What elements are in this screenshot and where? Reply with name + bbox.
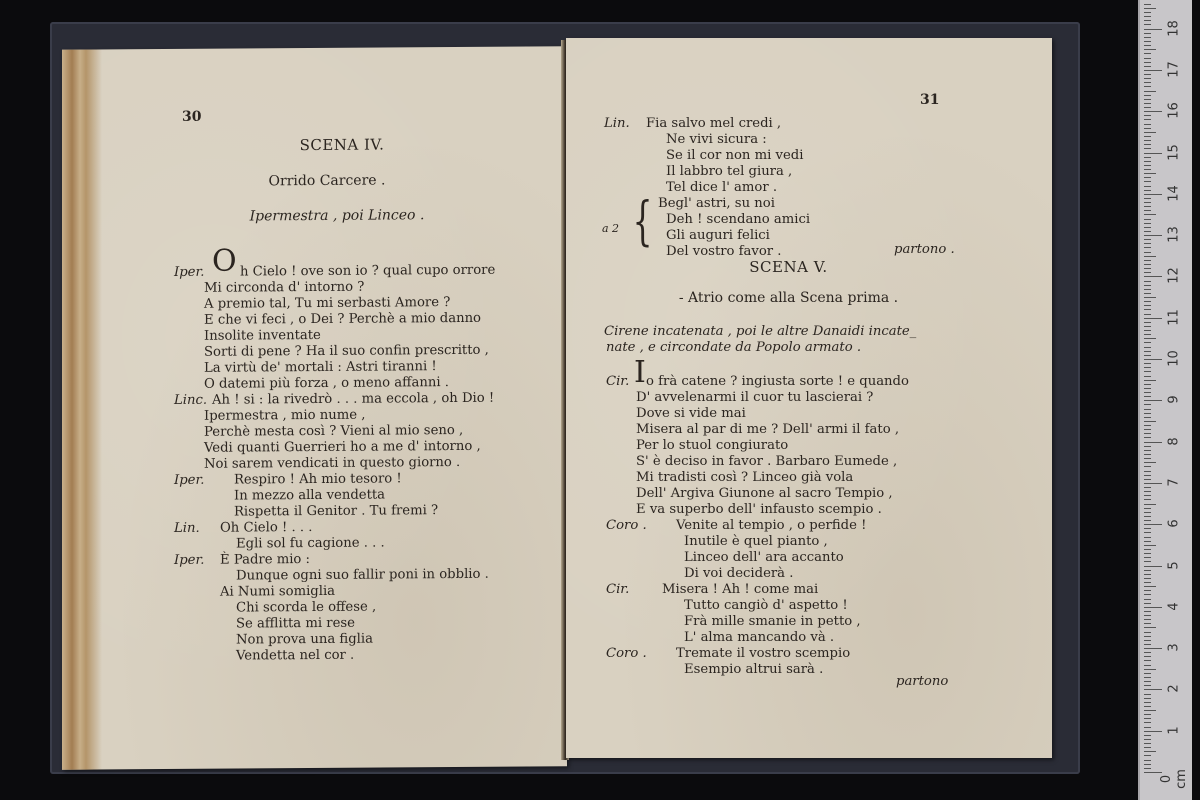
speaker-label: Iper. <box>174 473 205 488</box>
verse-line: Egli sol fu cagione . . . <box>236 536 385 553</box>
verse-line: h Cielo ! ove son io ? qual cupo orrore <box>240 263 495 281</box>
ruler-label: 0 cm <box>1159 767 1189 791</box>
ruler-tick <box>1144 516 1151 517</box>
verse-line: Oh Cielo ! . . . <box>220 520 312 537</box>
ruler-label: 5 <box>1167 553 1182 577</box>
ruler-tick <box>1144 235 1162 236</box>
verse-line: Ne vivi sicura : <box>666 132 767 148</box>
ruler-tick <box>1144 153 1162 154</box>
ruler-tick <box>1144 41 1151 42</box>
ruler-tick <box>1144 590 1151 591</box>
ruler-tick <box>1144 582 1151 583</box>
ruler-tick <box>1144 520 1151 521</box>
verse-line: Misera ! Ah ! come mai <box>662 582 818 598</box>
ruler-tick <box>1144 475 1151 476</box>
ruler-tick <box>1144 37 1151 38</box>
verse-line: In mezzo alla vendetta <box>234 488 385 505</box>
measurement-ruler: 0 cm123456789101112131415161718 <box>1138 0 1192 800</box>
verse-line: Linceo dell' ara accanto <box>684 550 844 566</box>
verse-line: La virtù de' mortali : Astri tiranni ! <box>204 359 437 377</box>
ruler-tick <box>1144 355 1151 356</box>
left-page: 30 SCENA IV. Orrido Carcere . Ipermestra… <box>62 46 567 770</box>
ruler-tick <box>1144 247 1151 248</box>
ruler-tick <box>1144 706 1151 707</box>
ruler-tick <box>1144 206 1151 207</box>
ruler-tick <box>1144 764 1151 765</box>
ruler-tick <box>1144 107 1151 108</box>
ruler-tick <box>1144 442 1162 443</box>
verse-line: L' alma mancando và . <box>684 630 834 646</box>
ruler-tick <box>1144 702 1151 703</box>
ruler-tick <box>1144 718 1151 719</box>
ruler-tick <box>1144 627 1156 628</box>
ruler-tick <box>1144 305 1151 306</box>
ruler-tick <box>1144 607 1162 608</box>
scene-setting-v: - Atrio come alla Scena prima . <box>566 290 1011 306</box>
ruler-tick <box>1144 301 1151 302</box>
ruler-tick <box>1144 611 1151 612</box>
ruler-tick <box>1144 421 1156 422</box>
ruler-label: 10 <box>1167 347 1182 371</box>
ruler-tick <box>1144 243 1151 244</box>
ruler-tick <box>1144 772 1162 773</box>
ruler-tick <box>1144 578 1151 579</box>
ruler-tick <box>1144 636 1151 637</box>
ruler-tick <box>1144 541 1151 542</box>
ruler-tick <box>1144 652 1151 653</box>
speaker-label: Coro . <box>606 646 647 661</box>
exit-direction: partono . <box>894 242 955 257</box>
verse-line: Non prova una figlia <box>236 632 373 649</box>
ruler-tick <box>1144 33 1151 34</box>
ruler-tick <box>1144 437 1151 438</box>
ruler-tick <box>1144 755 1151 756</box>
ruler-tick <box>1144 561 1151 562</box>
ruler-label: 15 <box>1167 140 1182 164</box>
ruler-tick <box>1144 698 1151 699</box>
ruler-tick <box>1144 53 1151 54</box>
ruler-tick <box>1144 388 1151 389</box>
ruler-tick <box>1144 549 1151 550</box>
ruler-label: 1 <box>1167 718 1182 742</box>
verse-line: Ah ! si : la rivedrò . . . ma eccola , o… <box>212 391 494 409</box>
verse-line: Venite al tempio , o perfide ! <box>676 518 866 534</box>
ruler-tick <box>1144 495 1151 496</box>
ruler-tick <box>1144 479 1151 480</box>
verse-line: Vendetta nel cor . <box>236 648 354 665</box>
ruler-label: 18 <box>1167 16 1182 40</box>
verse-line: È Padre mio : <box>220 552 310 569</box>
ruler-label: 6 <box>1167 512 1182 536</box>
ruler-tick <box>1144 297 1156 298</box>
verse-line: D' avvelenarmi il cuor tu lascierai ? <box>636 390 873 406</box>
ruler-tick <box>1144 289 1151 290</box>
ruler-tick <box>1144 409 1151 410</box>
ruler-tick <box>1144 685 1151 686</box>
ruler-tick <box>1144 644 1151 645</box>
verse-line: Chi scorda le offese , <box>236 600 376 617</box>
ruler-tick <box>1144 177 1151 178</box>
ruler-tick <box>1144 202 1151 203</box>
ruler-tick <box>1144 532 1151 533</box>
verse-line: Insolite inventate <box>204 328 321 345</box>
ruler-tick <box>1144 574 1151 575</box>
verse-line: Ai Numi somiglia <box>220 584 335 601</box>
ruler-tick <box>1144 512 1151 513</box>
verse-line: A premio tal, Tu mi serbasti Amore ? <box>204 295 450 313</box>
ruler-tick <box>1144 8 1156 9</box>
ruler-tick <box>1144 673 1151 674</box>
verse-line: Il labbro tel giura , <box>666 164 792 180</box>
ruler-label: 11 <box>1167 305 1182 329</box>
ruler-tick <box>1144 342 1151 343</box>
ruler-tick <box>1144 309 1151 310</box>
ruler-tick <box>1144 694 1151 695</box>
ruler-tick <box>1144 91 1156 92</box>
ruler-tick <box>1144 392 1151 393</box>
ruler-tick <box>1144 148 1151 149</box>
ruler-tick <box>1144 566 1162 567</box>
ruler-tick <box>1144 24 1151 25</box>
ruler-tick <box>1144 132 1156 133</box>
ruler-tick <box>1144 689 1162 690</box>
ruler-tick <box>1144 190 1151 191</box>
ruler-tick <box>1144 417 1151 418</box>
ruler-tick <box>1144 710 1156 711</box>
ruler-tick <box>1144 347 1151 348</box>
verse-line: Dove si vide mai <box>636 406 746 422</box>
verse-line: Tremate il vostro scempio <box>676 646 850 662</box>
ruler-tick <box>1144 330 1151 331</box>
ruler-tick <box>1144 751 1156 752</box>
ruler-tick <box>1144 264 1151 265</box>
ruler-label: 2 <box>1167 677 1182 701</box>
ruler-tick <box>1144 260 1151 261</box>
ruler-tick <box>1144 157 1151 158</box>
ruler-tick <box>1144 140 1151 141</box>
verse-line: Dell' Argiva Giunone al sacro Tempio , <box>636 486 893 502</box>
verse-line: Gli auguri felici <box>666 228 770 244</box>
speaker-label: Iper. <box>174 265 205 280</box>
ruler-tick <box>1144 29 1162 30</box>
verse-line: Tutto cangiò d' aspetto ! <box>684 598 848 614</box>
verse-line: Ipermestra , mio nume , <box>204 408 365 425</box>
ruler-tick <box>1144 45 1151 46</box>
ruler-tick <box>1144 450 1151 451</box>
ruler-label: 7 <box>1167 470 1182 494</box>
ruler-tick <box>1144 334 1151 335</box>
ruler-tick <box>1144 359 1162 360</box>
ruler-label: 8 <box>1167 429 1182 453</box>
ruler-tick <box>1144 322 1151 323</box>
ruler-tick <box>1144 722 1151 723</box>
speaker-label: Cir. <box>606 582 629 597</box>
ruler-tick <box>1144 557 1151 558</box>
ruler-tick <box>1144 553 1151 554</box>
ruler-tick <box>1144 376 1151 377</box>
ruler-tick <box>1144 144 1151 145</box>
ruler-tick <box>1144 760 1151 761</box>
verse-line: Fia salvo mel credi , <box>646 116 781 132</box>
ruler-tick <box>1144 714 1151 715</box>
ruler-tick <box>1144 194 1162 195</box>
ruler-tick <box>1144 86 1151 87</box>
ruler-tick <box>1144 239 1151 240</box>
ruler-tick <box>1144 603 1151 604</box>
ruler-tick <box>1144 49 1156 50</box>
ruler-tick <box>1144 677 1151 678</box>
ruler-tick <box>1144 58 1151 59</box>
ruler-tick <box>1144 161 1151 162</box>
verse-line: Frà mille smanie in petto , <box>684 614 861 630</box>
verse-line: Rispetta il Genitor . Tu fremi ? <box>234 503 438 520</box>
verse-line: o frà catene ? ingiusta sorte ! e quando <box>646 374 909 390</box>
ruler-tick <box>1144 314 1151 315</box>
drop-cap: I <box>634 358 646 388</box>
ruler-tick <box>1144 111 1162 112</box>
ruler-tick <box>1144 446 1151 447</box>
ruler-tick <box>1144 483 1162 484</box>
ruler-tick <box>1144 586 1156 587</box>
scene-title-iv: SCENA IV. <box>62 134 622 156</box>
ruler-tick <box>1144 293 1151 294</box>
verse-line: E va superbo dell' infausto scempio . <box>636 502 882 518</box>
ruler-tick <box>1144 727 1151 728</box>
ruler-tick <box>1144 660 1151 661</box>
ruler-tick <box>1144 413 1151 414</box>
brace-icon: { <box>633 196 653 248</box>
ruler-tick <box>1144 256 1156 257</box>
ruler-tick <box>1144 20 1151 21</box>
speaker-label: Cir. <box>606 374 629 389</box>
ruler-tick <box>1144 599 1151 600</box>
ruler-tick <box>1144 74 1151 75</box>
ruler-tick <box>1144 528 1151 529</box>
ruler-tick <box>1144 82 1151 83</box>
verse-line: Deh ! scendano amici <box>666 212 810 228</box>
ruler-tick <box>1144 429 1151 430</box>
verse-line: Begl' astri, su noi <box>658 196 775 212</box>
verse-line: O datemi più forza , o meno affanni . <box>204 375 449 393</box>
ruler-tick <box>1144 623 1151 624</box>
ruler-tick <box>1144 136 1151 137</box>
ruler-tick <box>1144 656 1151 657</box>
ruler-tick <box>1144 487 1151 488</box>
ruler-tick <box>1144 103 1151 104</box>
ruler-tick <box>1144 219 1151 220</box>
ruler-tick <box>1144 739 1151 740</box>
verse-line: Vedi quanti Guerrieri ho a me d' intorno… <box>204 439 481 457</box>
ruler-tick <box>1144 169 1151 170</box>
ruler-tick <box>1144 165 1151 166</box>
ruler-tick <box>1144 62 1151 63</box>
ruler-tick <box>1144 508 1151 509</box>
ruler-tick <box>1144 95 1151 96</box>
ruler-tick <box>1144 363 1151 364</box>
ruler-tick <box>1144 326 1151 327</box>
verse-line: Di voi deciderà . <box>684 566 793 582</box>
ruler-tick <box>1144 231 1151 232</box>
ruler-tick <box>1144 198 1151 199</box>
ruler-tick <box>1144 400 1162 401</box>
ruler-tick <box>1144 669 1156 670</box>
ruler-tick <box>1144 78 1151 79</box>
ruler-label: 17 <box>1167 57 1182 81</box>
ruler-tick <box>1144 681 1151 682</box>
verse-line: Respiro ! Ah mio tesoro ! <box>234 471 402 488</box>
ruler-label: 4 <box>1167 594 1182 618</box>
ruler-tick <box>1144 281 1151 282</box>
ruler-tick <box>1144 128 1151 129</box>
verse-line: Noi sarem vendicati in questo giorno . <box>204 455 460 473</box>
verse-line: Mi tradisti così ? Linceo già vola <box>636 470 853 486</box>
ruler-tick <box>1144 115 1151 116</box>
ruler-label: 3 <box>1167 636 1182 660</box>
ruler-tick <box>1144 124 1151 125</box>
scene-characters-v-line2: nate , e circondate da Popolo armato . <box>606 340 861 356</box>
ruler-tick <box>1144 119 1151 120</box>
ruler-tick <box>1144 640 1151 641</box>
ruler-tick <box>1144 619 1151 620</box>
ruler-tick <box>1144 396 1151 397</box>
ruler-tick <box>1144 380 1156 381</box>
verse-line: Se il cor non mi vedi <box>666 148 803 164</box>
ruler-tick <box>1144 210 1151 211</box>
ruler-tick <box>1144 665 1151 666</box>
page-number-left: 30 <box>182 109 201 125</box>
verse-line: Esempio altrui sarà . <box>684 662 823 678</box>
ruler-tick <box>1144 433 1151 434</box>
ruler-tick <box>1144 181 1151 182</box>
ruler-label: 16 <box>1167 99 1182 123</box>
ruler-tick <box>1144 462 1156 463</box>
ruler-tick <box>1144 371 1151 372</box>
verse-line: Misera al par di me ? Dell' armi il fato… <box>636 422 899 438</box>
ruler-tick <box>1144 454 1151 455</box>
verse-line: Tel dice l' amor . <box>666 180 777 196</box>
verse-line: Per lo stuol congiurato <box>636 438 788 454</box>
verse-line: Sorti di pene ? Ha il suo confin prescri… <box>204 343 489 361</box>
ruler-tick <box>1144 594 1151 595</box>
speaker-label: Lin. <box>174 521 200 536</box>
ruler-tick <box>1144 615 1151 616</box>
ruler-tick <box>1144 367 1151 368</box>
page-number-right: 31 <box>920 92 939 108</box>
ruler-tick <box>1144 214 1156 215</box>
ruler-tick <box>1144 16 1151 17</box>
ruler-tick <box>1144 173 1156 174</box>
verse-line: S' è deciso in favor . Barbaro Eumede , <box>636 454 897 470</box>
speaker-label: Coro . <box>606 518 647 533</box>
ruler-tick <box>1144 252 1151 253</box>
drop-cap: O <box>212 247 237 277</box>
verse-line: Se afflitta mi rese <box>236 616 355 633</box>
ruler-tick <box>1144 632 1151 633</box>
ruler-tick <box>1144 504 1156 505</box>
exit-direction: partono <box>896 674 948 689</box>
scene-characters-iv: Ipermestra , poi Linceo . <box>62 206 612 226</box>
ruler-tick <box>1144 735 1151 736</box>
ruler-tick <box>1144 318 1162 319</box>
verse-line: Perchè mesta così ? Vieni al mio seno , <box>204 423 463 441</box>
scene-setting-iv: Orrido Carcere . <box>62 171 592 191</box>
ruler-tick <box>1144 537 1151 538</box>
scene-characters-v-line1: Cirene incatenata , poi le altre Danaidi… <box>604 324 916 340</box>
ruler-tick <box>1144 223 1151 224</box>
verse-line: E che vi feci , o Dei ? Perchè a mio dan… <box>204 311 481 329</box>
ruler-tick <box>1144 70 1162 71</box>
ruler-tick <box>1144 351 1151 352</box>
ruler-tick <box>1144 545 1156 546</box>
ruler-tick <box>1144 276 1162 277</box>
ruler-tick <box>1144 425 1151 426</box>
right-page: 31 Lin. Fia salvo mel credi , Ne vivi si… <box>566 38 1052 758</box>
ruler-tick <box>1144 747 1151 748</box>
ruler-tick <box>1144 499 1151 500</box>
ruler-tick <box>1144 458 1151 459</box>
ruler-tick <box>1144 285 1151 286</box>
a-due-label: a 2 <box>602 222 619 235</box>
ruler-tick <box>1144 4 1151 5</box>
speaker-label: Lin. <box>604 116 630 131</box>
speaker-label: Iper. <box>174 553 205 568</box>
verse-line: Inutile è quel pianto , <box>684 534 828 550</box>
ruler-label: 12 <box>1167 264 1182 288</box>
ruler-tick <box>1144 731 1162 732</box>
ruler-tick <box>1144 66 1151 67</box>
scene-title-v: SCENA V. <box>566 258 1011 276</box>
ruler-tick <box>1144 186 1151 187</box>
ruler-label: 14 <box>1167 181 1182 205</box>
ruler-tick <box>1144 570 1151 571</box>
ruler-tick <box>1144 471 1151 472</box>
ruler-tick <box>1144 404 1151 405</box>
ruler-tick <box>1144 227 1151 228</box>
speaker-label: Linc. <box>174 393 207 408</box>
ruler-tick <box>1144 338 1156 339</box>
ruler-tick <box>1144 99 1151 100</box>
ruler-tick <box>1144 272 1151 273</box>
verse-line: Dunque ogni suo fallir poni in obblio . <box>236 567 489 585</box>
ruler-tick <box>1144 384 1151 385</box>
ruler-tick <box>1144 743 1151 744</box>
verse-line: Mi circonda d' intorno ? <box>204 280 364 297</box>
ruler-tick <box>1144 491 1151 492</box>
ruler-tick <box>1144 524 1162 525</box>
ruler-tick <box>1144 466 1151 467</box>
ruler-tick <box>1144 768 1151 769</box>
ruler-tick <box>1144 268 1151 269</box>
ruler-label: 9 <box>1167 388 1182 412</box>
ruler-tick <box>1144 648 1162 649</box>
ruler-tick <box>1144 12 1151 13</box>
ruler-label: 13 <box>1167 223 1182 247</box>
